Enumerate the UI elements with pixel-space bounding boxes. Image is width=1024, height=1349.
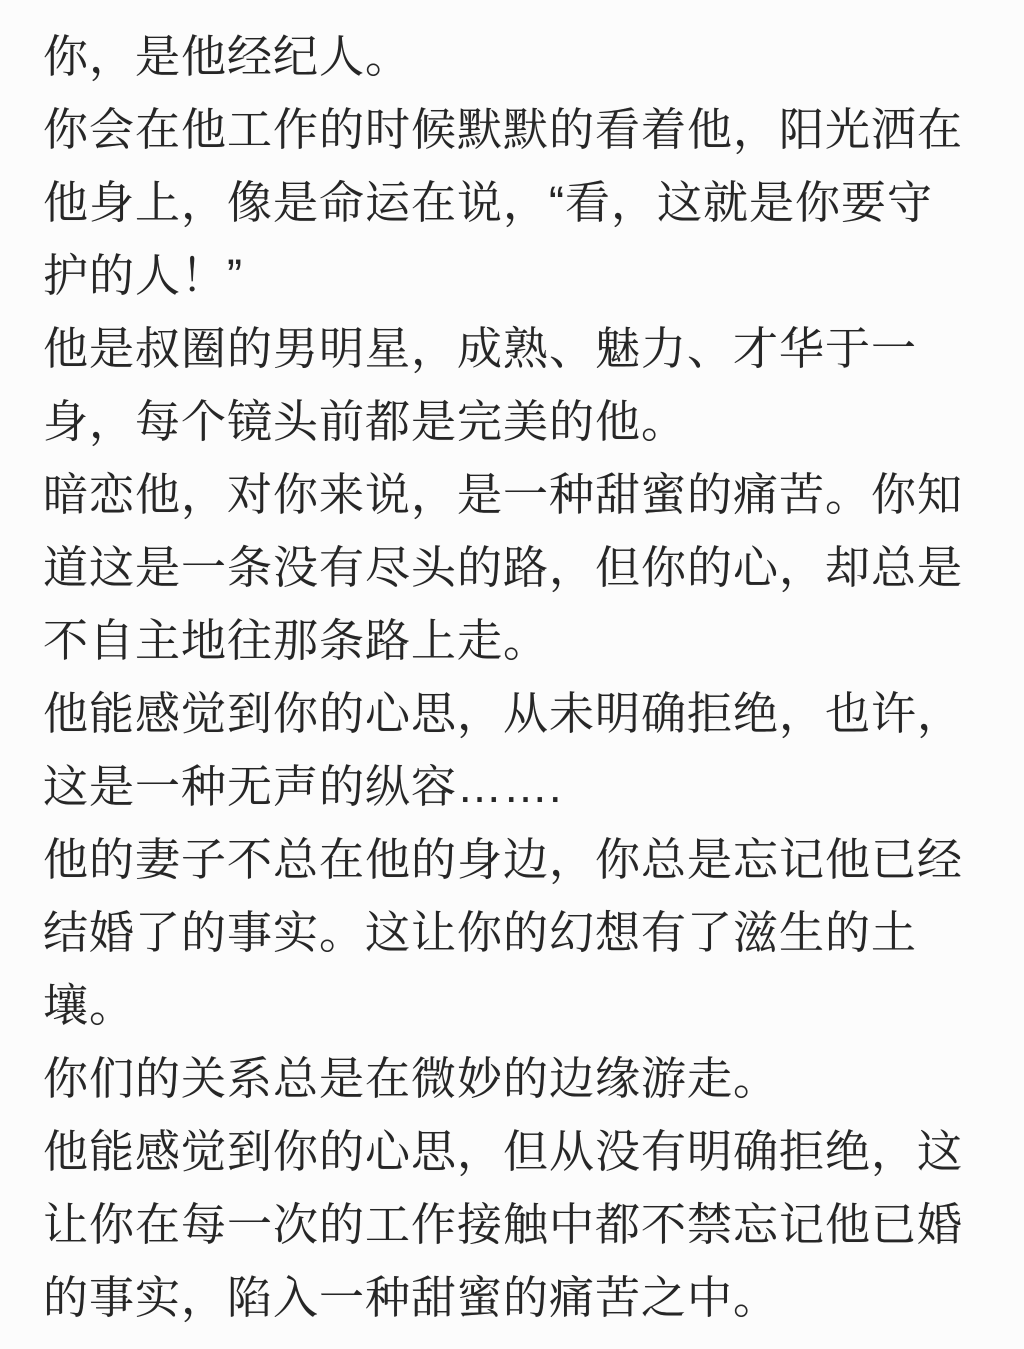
text-line: 让你在每一次的工作接触中都不禁忘记他已婚	[43, 1188, 979, 1261]
text-line: 壤。	[43, 969, 979, 1042]
text-line: 不自主地往那条路上走。	[43, 604, 979, 677]
text-line: 暗恋他，对你来说，是一种甜蜜的痛苦。你知	[43, 458, 979, 531]
text-line: 他身上，像是命运在说，“看，这就是你要守	[43, 166, 979, 239]
text-line: 的事实，陷入一种甜蜜的痛苦之中。	[43, 1261, 979, 1334]
text-line: 护的人！”	[43, 239, 979, 312]
text-line: 他能感觉到你的心思，但从没有明确拒绝，这	[43, 1115, 979, 1188]
text-line: 他是叔圈的男明星，成熟、魅力、才华于一	[43, 312, 979, 385]
text-line: 身，每个镜头前都是完美的他。	[43, 385, 979, 458]
text-line: 结婚了的事实。这让你的幻想有了滋生的土	[43, 896, 979, 969]
text-line: 这是一种无声的纵容…….	[43, 750, 979, 823]
document-page: 你，是他经纪人。 你会在他工作的时候默默的看着他，阳光洒在 他身上，像是命运在说…	[0, 0, 1024, 1349]
text-line: 你会在他工作的时候默默的看着他，阳光洒在	[43, 93, 979, 166]
text-line: 你，是他经纪人。	[43, 20, 979, 93]
text-line: 道这是一条没有尽头的路，但你的心，却总是	[43, 531, 979, 604]
text-line: 他的妻子不总在他的身边，你总是忘记他已经	[43, 823, 979, 896]
text-line: 他能感觉到你的心思，从未明确拒绝，也许，	[43, 677, 979, 750]
text-line: 你们的关系总是在微妙的边缘游走。	[43, 1042, 979, 1115]
